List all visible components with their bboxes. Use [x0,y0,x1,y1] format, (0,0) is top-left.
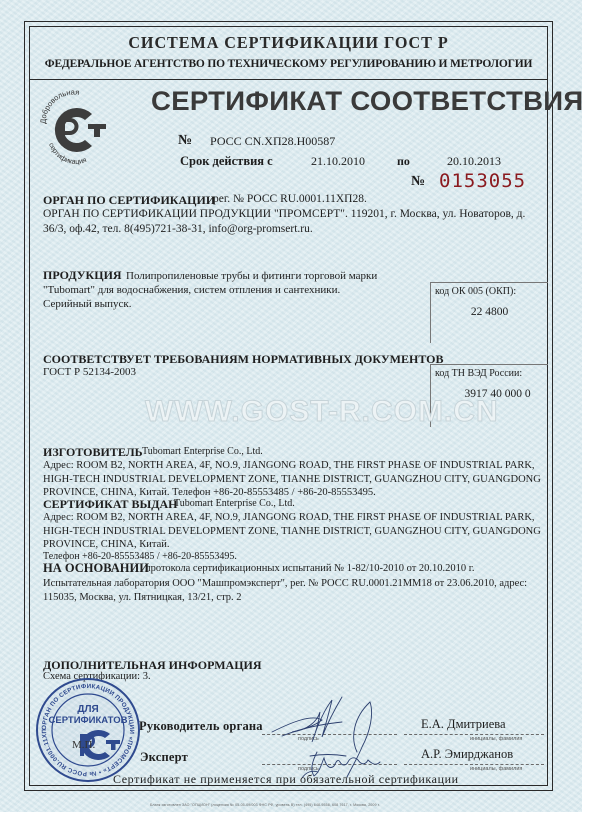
product-description-line: Полипропиленовые трубы и фитинги торгово… [126,269,377,283]
voluntary-certification-disclaimer: Сертификат не применяется при обязательн… [113,772,459,787]
product-heading: ПРОДУКЦИЯ [43,268,122,283]
svg-text:ДЛЯ: ДЛЯ [77,704,98,715]
okp-code-value: 22 4800 [431,306,548,318]
certification-body-heading: ОРГАН ПО СЕРТИФИКАЦИИ [43,193,215,208]
certificate-page: СИСТЕМА СЕРТИФИКАЦИИ ГОСТ Р ФЕДЕРАЛЬНОЕ … [0,0,582,812]
product-description-line: "Tubomart" для водоснабжения, систем отп… [43,283,340,297]
name-line [404,764,544,765]
handwritten-signature-icon [262,692,402,782]
issued-to-name: Tubomart Enterprise Co., Ltd. [174,498,295,509]
product-release-type: Серийный выпуск. [43,297,132,311]
certification-body-registration: рег. № РОСС RU.0001.11ХП28. [213,193,367,205]
name-caption: инициалы, фамилия [470,736,522,742]
normative-standard: ГОСТ Р 52134-2003 [43,366,136,378]
manufacturer-address: Адрес: ROOM B2, NORTH AREA, 4F, NO.9, JI… [43,459,543,500]
name-caption: инициалы, фамилия [470,766,522,772]
valid-to-label: по [397,154,410,169]
rst-logo-icon: Добровольная сертификация [38,88,110,170]
issued-to-heading: СЕРТИФИКАТ ВЫДАН [43,497,177,512]
normative-heading: СООТВЕТСТВУЕТ ТРЕБОВАНИЯМ НОРМАТИВНЫХ ДО… [43,352,444,367]
basis-protocol: протокола сертификационных испытаний № 1… [145,563,475,574]
validity-label: Срок действия с [180,154,273,169]
okp-code-box: код ОК 005 (ОКП): 22 4800 [430,282,548,343]
manufacturer-name: Tubomart Enterprise Co., Ltd. [142,446,263,457]
header-divider [29,79,548,80]
official-seal-icon: ОРГАН ПО СЕРТИФИКАЦИИ ПРОДУКЦИИ «ПРОМСЕР… [34,676,142,784]
agency-name: ФЕДЕРАЛЬНОЕ АГЕНТСТВО ПО ТЕХНИЧЕСКОМУ РЕ… [29,58,548,70]
certificate-title: СЕРТИФИКАТ СООТВЕТСТВИЯ [151,86,583,117]
name-line [404,734,544,735]
svg-text:СЕРТИФИКАТОВ: СЕРТИФИКАТОВ [49,715,128,726]
expert-name: А.Р. Эмирджанов [421,747,513,762]
expert-label: Эксперт [140,750,188,765]
basis-heading: НА ОСНОВАНИИ [43,561,149,576]
stamp-place-label: М.П. [72,739,95,751]
basis-laboratory: Испытательная лаборатория ООО "Машпромэк… [43,577,548,605]
head-of-body-name: Е.А. Дмитриева [421,717,506,732]
certification-body-details: ОРГАН ПО СЕРТИФИКАЦИИ ПРОДУКЦИИ "ПРОМСЕР… [43,207,533,236]
valid-to-date: 20.10.2013 [447,154,501,169]
blank-serial-number: 0153055 [439,170,526,192]
form-printer-info: Бланк изготовлен ЗАО "ОПЦИОН" (лицензия … [150,803,380,807]
tnved-code-label: код ТН ВЭД России: [435,368,522,379]
blank-number-label: № [411,174,425,190]
system-title: СИСТЕМА СЕРТИФИКАЦИИ ГОСТ Р [42,33,535,53]
manufacturer-heading: ИЗГОТОВИТЕЛЬ [43,445,143,460]
issued-to-address: Адрес: ROOM B2, NORTH AREA, 4F, NO.9, JI… [43,511,543,552]
okp-code-label: код ОК 005 (ОКП): [435,286,516,297]
certificate-number-label: № [178,133,192,149]
head-of-body-label: Руководитель органа [139,719,263,734]
certificate-number: РОСС CN.ХП28.Н00587 [210,134,335,149]
valid-from-date: 21.10.2010 [311,154,365,169]
watermark: WWW.GOST-R.COM.CN [145,395,499,429]
